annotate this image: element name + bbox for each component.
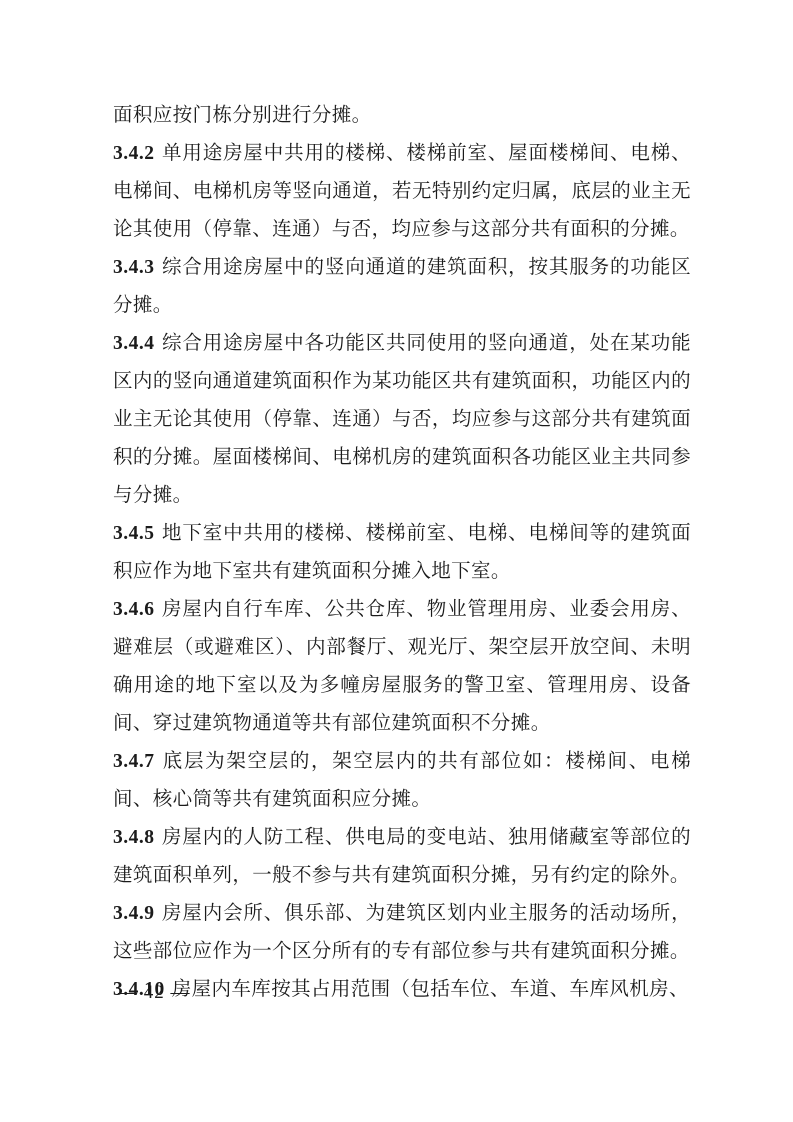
paragraph-text: 房屋内的人防工程、供电局的变电站、独用储藏室等部位的建筑面积单列，一般不参与共有… — [113, 827, 691, 886]
document-page: 面积应按门栋分别进行分摊。 3.4.2单用途房屋中共用的楼梯、楼梯前室、屋面楼梯… — [0, 0, 793, 1122]
section-number: 3.4.8 — [113, 827, 155, 848]
paragraph: 3.4.3综合用途房屋中的竖向通道的建筑面积，按其服务的功能区分摊。 — [113, 249, 691, 325]
paragraph: 面积应按门栋分别进行分摊。 — [113, 97, 691, 135]
section-number: 3.4.2 — [113, 143, 155, 164]
paragraph-text: 综合用途房屋中的竖向通道的建筑面积，按其服务的功能区分摊。 — [113, 257, 691, 316]
paragraph: 3.4.6房屋内自行车库、公共仓库、物业管理用房、业委会用房、避难层（或避难区）… — [113, 591, 691, 743]
paragraph-text: 房屋内自行车库、公共仓库、物业管理用房、业委会用房、避难层（或避难区）、内部餐厅… — [113, 599, 691, 734]
paragraph-text: 单用途房屋中共用的楼梯、楼梯前室、屋面楼梯间、电梯、电梯间、电梯机房等竖向通道，… — [113, 143, 691, 240]
paragraph-text: 综合用途房屋中各功能区共同使用的竖向通道，处在某功能区内的竖向通道建筑面积作为某… — [113, 333, 691, 506]
paragraph: 3.4.9房屋内会所、俱乐部、为建筑区划内业主服务的活动场所，这些部位应作为一个… — [113, 895, 691, 971]
section-number: 3.4.7 — [113, 751, 155, 772]
paragraph: 3.4.10房屋内车库按其占用范围（包括车位、车道、车库风机房、 — [113, 971, 691, 1009]
paragraph: 3.4.2单用途房屋中共用的楼梯、楼梯前室、屋面楼梯间、电梯、电梯间、电梯机房等… — [113, 135, 691, 249]
document-body: 面积应按门栋分别进行分摊。 3.4.2单用途房屋中共用的楼梯、楼梯前室、屋面楼梯… — [113, 97, 691, 1009]
paragraph-text: 面积应按门栋分别进行分摊。 — [113, 105, 372, 126]
section-number: 3.4.6 — [113, 599, 155, 620]
page-number: — 42 — — [118, 981, 191, 1005]
paragraph-text: 地下室中共用的楼梯、楼梯前室、电梯、电梯间等的建筑面积应作为地下室共有建筑面积分… — [113, 523, 691, 582]
section-number: 3.4.5 — [113, 523, 155, 544]
paragraph: 3.4.4综合用途房屋中各功能区共同使用的竖向通道，处在某功能区内的竖向通道建筑… — [113, 325, 691, 515]
paragraph: 3.4.5地下室中共用的楼梯、楼梯前室、电梯、电梯间等的建筑面积应作为地下室共有… — [113, 515, 691, 591]
section-number: 3.4.4 — [113, 333, 155, 354]
paragraph-text: 房屋内车库按其占用范围（包括车位、车道、车库风机房、 — [172, 979, 689, 1000]
paragraph: 3.4.8房屋内的人防工程、供电局的变电站、独用储藏室等部位的建筑面积单列，一般… — [113, 819, 691, 895]
section-number: 3.4.3 — [113, 257, 155, 278]
paragraph-text: 底层为架空层的，架空层内的共有部位如：楼梯间、电梯间、核心筒等共有建筑面积应分摊… — [113, 751, 691, 810]
section-number: 3.4.9 — [113, 903, 155, 924]
paragraph: 3.4.7底层为架空层的，架空层内的共有部位如：楼梯间、电梯间、核心筒等共有建筑… — [113, 743, 691, 819]
paragraph-text: 房屋内会所、俱乐部、为建筑区划内业主服务的活动场所，这些部位应作为一个区分所有的… — [113, 903, 691, 962]
